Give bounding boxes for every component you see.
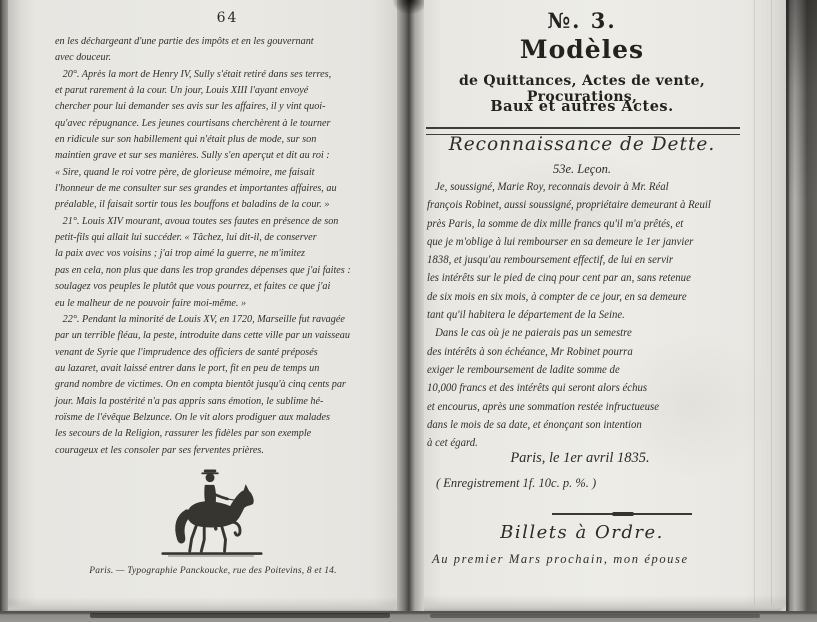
handwriting-line: 21°. Louis XIV mourant, avoua toutes ses… [55,214,396,230]
model-number-heading: №. 3. [424,8,740,33]
handwriting-line: des intérêts à son échéance, Mr Robinet … [427,342,747,360]
handwriting-line: courageux et les consoler par ses ferven… [55,443,396,459]
handwriting-line: tant qu'il habitera le département de la… [427,305,747,323]
handwriting-line: Dans le cas où je ne paierais pas un sem… [427,323,747,341]
handwriting-line: près Paris, la somme de dix mille francs… [427,214,747,232]
handwriting-line: qu'avec répugnance. Les jeunes courtisan… [55,116,396,132]
handwriting-line: dans le mois de sa date, et énonçant son… [427,415,747,433]
handwriting-line: 20°. Après la mort de Henry IV, Sully s'… [55,67,396,83]
models-subtitle-line2: Baux et autres Actes. [424,98,740,115]
handwriting-line: françois Robinet, aussi soussigné, propr… [427,195,747,213]
handwriting-line: pas en cela, non plus que dans les trop … [55,263,396,279]
handwriting-line: les secours de la Religion, rassurer les… [55,426,396,442]
handwriting-line: maintien grave et sur ses manières. Sull… [55,148,396,164]
printer-imprint: Paris. — Typographie Panckoucke, rue des… [33,566,393,576]
page-edges-right [786,0,817,622]
equestrian-rider-engraving-icon [153,466,269,558]
page-number: 64 [55,10,400,26]
left-page-handwriting: en les déchargeant d'une partie des impô… [55,34,396,459]
handwriting-line: exiger le remboursement de ladite somme … [427,360,747,378]
dateline: Paris, le 1er avril 1835. [440,450,720,467]
handwriting-line: chercher pour lui demander ses avis sur … [55,99,396,115]
handwriting-line: roïsme de l'évêque Belzunce. On le vit a… [55,410,396,426]
handwriting-line: et parut rarement à la cour. Un jour, Lo… [55,83,396,99]
handwriting-line: au lazaret, avait laissé entrer dans le … [55,361,396,377]
decorative-rule-divider [552,512,692,515]
handwriting-line: les intérêts sur le pied de cinq pour ce… [427,268,747,286]
billets-first-line: Au premier Mars prochain, mon épouse [432,552,772,567]
book-gutter [397,0,424,613]
handwriting-line: la paix avec vos voisins ; j'ai trop aim… [55,246,396,262]
handwriting-line: en les déchargeant d'une partie des impô… [55,34,396,50]
section-title: Reconnaissance de Dette. [424,134,740,155]
page-bottom-shadow-right [430,614,760,618]
handwriting-line: 22°. Pendant la minorité de Louis XV, en… [55,312,396,328]
left-page: 64 en les déchargeant d'une partie des i… [8,0,397,613]
handwriting-line: jour. Mais la postérité n'a pas appris s… [55,394,396,410]
handwriting-line: « Sire, quand le roi votre père, de glor… [55,165,396,181]
handwriting-line: de six mois en six mois, à compter de ce… [427,287,747,305]
right-page-handwriting: Je, soussigné, Marie Roy, reconnais devo… [427,177,747,451]
registration-note: ( Enregistrement 1f. 10c. p. %. ) [436,476,596,491]
handwriting-line: Je, soussigné, Marie Roy, reconnais devo… [427,177,747,195]
handwriting-line: et encourus, après une sommation restée … [427,397,747,415]
handwriting-line: l'honneur de me consulter sur ses grande… [55,181,396,197]
handwriting-line: avec douceur. [55,50,396,66]
handwriting-line: petit-fils qui allait lui succéder. « Tâ… [55,230,396,246]
models-title: Modèles [424,35,740,64]
right-page: №. 3. Modèles de Quittances, Actes de ve… [424,0,788,613]
handwriting-line: par un terrible fléau, la peste, introdu… [55,328,396,344]
lesson-label: 53e. Leçon. [424,162,740,177]
handwriting-line: que je m'oblige à lui rembourser en sa d… [427,232,747,250]
handwriting-line: en ridicule sur son habillement qui n'ét… [55,132,396,148]
handwriting-line: grand nombre de victimes. On en compta b… [55,377,396,393]
book-scan: 64 en les déchargeant d'une partie des i… [0,0,817,622]
rule-center-ornament [612,512,634,516]
underpage-edge-line [771,0,772,613]
billets-section-title: Billets à Ordre. [424,522,740,543]
page-bottom-shadow-left [90,613,390,618]
handwriting-line: venant de Syrie que l'imprudence des off… [55,345,396,361]
handwriting-line: eu le malheur de ne pouvoir faire moi-mê… [55,296,396,312]
gutter-top-shadow [393,0,427,14]
handwriting-line: à cet égard. [427,433,747,451]
underpage-edge-line [754,0,755,613]
handwriting-line: préalable, il faisait sortir tous les bo… [55,197,396,213]
handwriting-line: 1838, et jusqu'au remboursement effectif… [427,250,747,268]
handwriting-line: 10,000 francs et des intérêts qui seront… [427,378,747,396]
handwriting-line: soulagez vos peuples le plutôt que vous … [55,279,396,295]
